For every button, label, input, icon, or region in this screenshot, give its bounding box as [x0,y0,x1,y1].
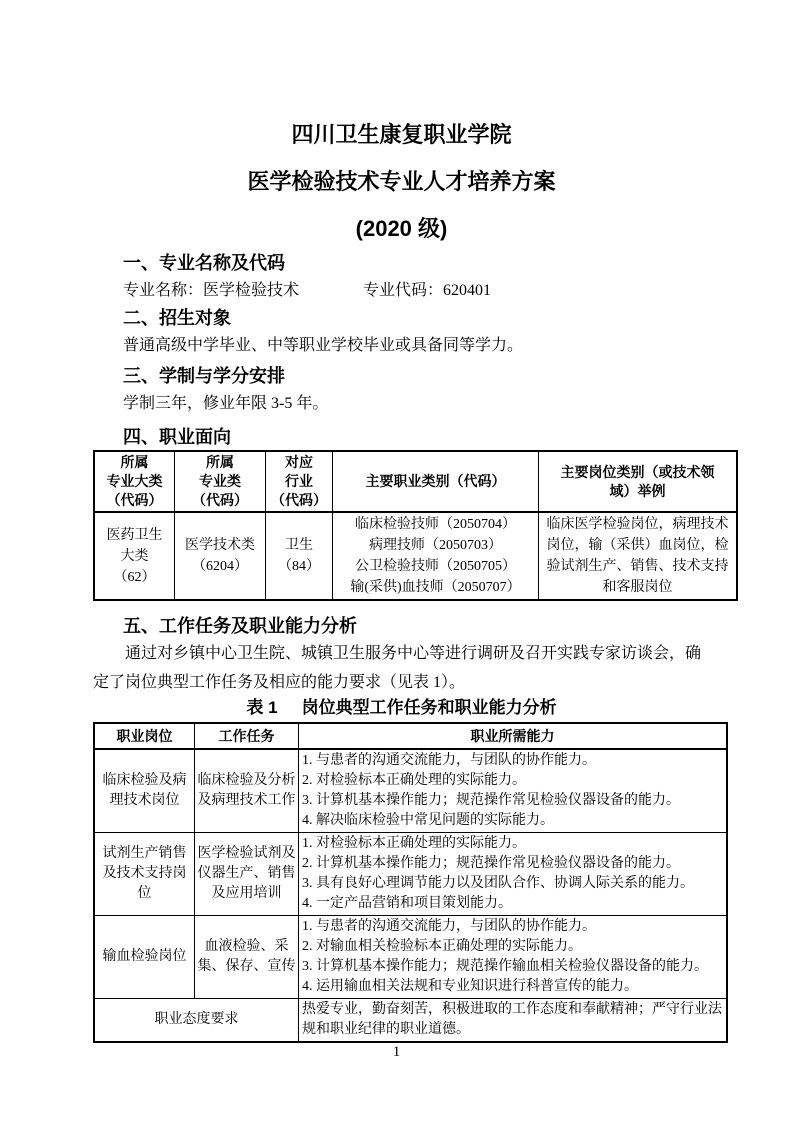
cell-position: 临床检验及病理技术岗位 [94,749,195,833]
header-positions: 主要岗位类别（或技术领 域）举例 [539,451,738,512]
cell-abilities: 1. 与患者的沟通交流能力，与团队的协作能力。 2. 对输血相关检验标本正确处理… [299,916,728,999]
header-industry: 对应 行业 （代码） [266,451,333,512]
task-table-row-reagent: 试剂生产销售及技术支持岗位 医学检验试剂及仪器生产、销售及应用培训 1. 对检验… [94,833,727,916]
header-ability: 职业所需能力 [299,723,728,749]
cell-task: 医学检验试剂及仪器生产、销售及应用培训 [195,833,299,916]
header-major-category: 所属 专业大类 （代码） [94,451,175,512]
cell-major-category: 医药卫生 大类 （62） [94,512,175,600]
cell-task: 血液检验、采集、保存、宣传 [195,916,299,999]
cell-attitude-value: 热爱专业，勤奋刻苦，积极进取的工作态度和奉献精神；严守行业法规和职业纪律的职业道… [299,999,728,1043]
cell-task: 临床检验及分析及病理技术工作 [195,749,299,833]
section-3-heading: 三、学制与学分安排 [93,363,710,389]
section-1-content: 专业名称：医学检验技术专业代码：620401 [93,276,710,305]
section-3-content: 学制三年，修业年限 3-5 年。 [93,389,710,418]
doc-title-line-3: (2020 级) [93,212,710,246]
header-task: 工作任务 [195,723,299,749]
task-table-row-clinical: 临床检验及病理技术岗位 临床检验及分析及病理技术工作 1. 与患者的沟通交流能力… [94,749,727,833]
table1-caption-number: 表 1 [246,698,277,717]
header-major-class: 所属 专业类 （代码） [175,451,266,512]
major-name-text: 专业名称：医学检验技术 [123,282,299,299]
doc-title-line-1: 四川卫生康复职业学院 [93,118,710,152]
cell-attitude-label: 职业态度要求 [94,999,299,1043]
section-5-heading: 五、工作任务及职业能力分析 [93,613,710,639]
header-position: 职业岗位 [94,723,195,749]
career-table-data-row: 医药卫生 大类 （62） 医学技术类 （6204） 卫生 （84） 临床检验技师… [94,512,737,600]
cell-abilities: 1. 对检验标本正确处理的实际能力。 2. 计算机基本操作能力；规范操作常见检验… [299,833,728,916]
section-4-heading: 四、职业面向 [93,424,710,450]
cell-positions: 临床医学检验岗位，病理技术岗位，输（采供）血岗位，检验试剂生产、销售、技术支持和… [539,512,738,600]
cell-occupations: 临床检验技师（2050704） 病理技师（2050703） 公卫检验技师（205… [333,512,539,600]
section-2-heading: 二、招生对象 [93,305,710,331]
cell-major-class: 医学技术类 （6204） [175,512,266,600]
task-ability-table: 职业岗位 工作任务 职业所需能力 临床检验及病理技术岗位 临床检验及分析及病理技… [93,722,728,1043]
section-1-heading: 一、专业名称及代码 [93,250,710,276]
cell-position: 试剂生产销售及技术支持岗位 [94,833,195,916]
task-table-row-transfusion: 输血检验岗位 血液检验、采集、保存、宣传 1. 与患者的沟通交流能力，与团队的协… [94,916,727,999]
document-page: 四川卫生康复职业学院 医学检验技术专业人才培养方案 (2020 级) 一、专业名… [0,0,793,1122]
section-5-content: 通过对乡镇中心卫生院、城镇卫生服务中心等进行调研及召开实践专家访谈会，确定了岗位… [93,639,710,697]
table1-caption: 表 1岗位典型工作任务和职业能力分析 [93,697,710,719]
header-occupations: 主要职业类别（代码） [333,451,539,512]
section-2-content: 普通高级中学毕业、中等职业学校毕业或具备同等学力。 [93,331,710,360]
cell-industry: 卫生 （84） [266,512,333,600]
cell-position: 输血检验岗位 [94,916,195,999]
task-table-header-row: 职业岗位 工作任务 职业所需能力 [94,723,727,749]
cell-abilities: 1. 与患者的沟通交流能力，与团队的协作能力。 2. 对检验标本正确处理的实际能… [299,749,728,833]
career-orientation-table: 所属 专业大类 （代码） 所属 专业类 （代码） 对应 行业 （代码） 主要职业… [93,450,738,601]
task-table-row-attitude: 职业态度要求 热爱专业，勤奋刻苦，积极进取的工作态度和奉献精神；严守行业法规和职… [94,999,727,1043]
career-table-header-row: 所属 专业大类 （代码） 所属 专业类 （代码） 对应 行业 （代码） 主要职业… [94,451,737,512]
page-number: 1 [0,1044,793,1061]
doc-title-line-2: 医学检验技术专业人才培养方案 [93,165,710,199]
document-content: 四川卫生康复职业学院 医学检验技术专业人才培养方案 (2020 级) 一、专业名… [93,0,710,1043]
major-code-text: 专业代码：620401 [363,282,491,299]
table1-caption-title: 岗位典型工作任务和职业能力分析 [302,698,557,717]
